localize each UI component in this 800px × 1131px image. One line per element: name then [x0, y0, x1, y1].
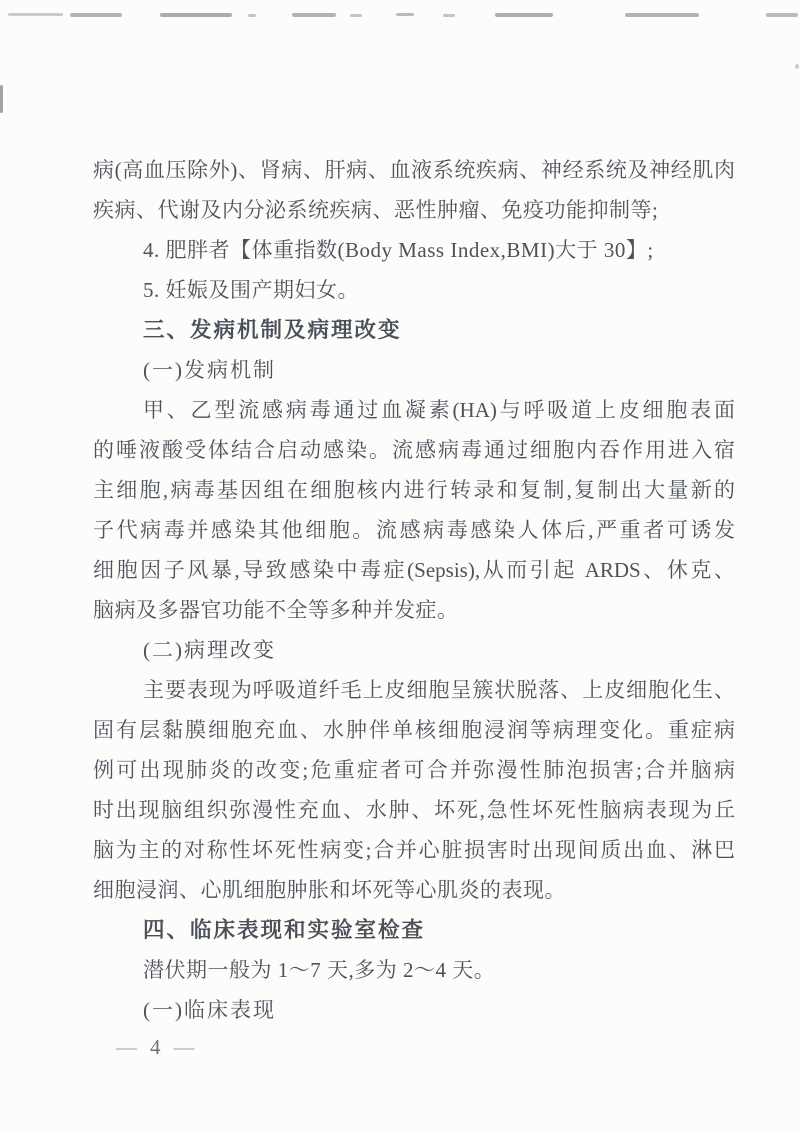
document-page: 病(高血压除外)、肾病、肝病、血液系统疾病、神经系统及神经肌肉疾病、代谢及内分泌…	[0, 0, 800, 1131]
subsection-heading: (一)发病机制	[93, 350, 735, 390]
scan-artifact	[292, 13, 336, 17]
text-line: 潜伏期一般为 1～7 天,多为 2～4 天。	[93, 950, 735, 990]
document-body: 病(高血压除外)、肾病、肝病、血液系统疾病、神经系统及神经肌肉疾病、代谢及内分泌…	[93, 150, 735, 1030]
section-heading: 三、发病机制及病理改变	[93, 310, 735, 350]
text-line: 甲、乙型流感病毒通过血凝素(HA)与呼吸道上皮细胞表面	[93, 390, 735, 430]
text-line: 4. 肥胖者【体重指数(Body Mass Index,BMI)大于 30】;	[93, 230, 735, 270]
text-line: 主要表现为呼吸道纤毛上皮细胞呈簇状脱落、上皮细胞化生、	[93, 670, 735, 710]
subsection-heading: (一)临床表现	[93, 990, 735, 1030]
subsection-heading: (二)病理改变	[93, 630, 735, 670]
text-line: 例可出现肺炎的改变;危重症者可合并弥漫性肺泡损害;合并脑病	[93, 750, 735, 790]
text-line: 疾病、代谢及内分泌系统疾病、恶性肿瘤、免疫功能抑制等;	[93, 190, 735, 230]
footer-dash-right: —	[174, 1035, 195, 1060]
scan-artifact	[443, 14, 455, 17]
text-line: 5. 妊娠及围产期妇女。	[93, 270, 735, 310]
text-line: 固有层黏膜细胞充血、水肿伴单核细胞浸润等病理变化。重症病	[93, 710, 735, 750]
text-line: 细胞浸润、心肌细胞肿胀和坏死等心肌炎的表现。	[93, 870, 735, 910]
page-number-footer: — 4 —	[116, 1032, 195, 1062]
text-line: 主细胞,病毒基因组在细胞核内进行转录和复制,复制出大量新的	[93, 470, 735, 510]
text-line: 时出现脑组织弥漫性充血、水肿、坏死,急性坏死性脑病表现为丘	[93, 790, 735, 830]
scan-artifact	[248, 14, 256, 17]
scan-artifact	[396, 13, 414, 16]
footer-page-number: 4	[150, 1035, 161, 1060]
text-line: 细胞因子风暴,导致感染中毒症(Sepsis),从而引起 ARDS、休克、	[93, 550, 735, 590]
scan-artifact	[625, 13, 699, 17]
section-heading: 四、临床表现和实验室检查	[93, 910, 735, 950]
text-line: 脑为主的对称性坏死性病变;合并心脏损害时出现间质出血、淋巴	[93, 830, 735, 870]
text-line: 子代病毒并感染其他细胞。流感病毒感染人体后,严重者可诱发	[93, 510, 735, 550]
scan-artifact	[8, 13, 63, 16]
text-line: 病(高血压除外)、肾病、肝病、血液系统疾病、神经系统及神经肌肉	[93, 150, 735, 190]
scan-artifact	[70, 13, 122, 17]
text-line: 脑病及多器官功能不全等多种并发症。	[93, 590, 735, 630]
footer-dash-left: —	[116, 1035, 137, 1060]
scan-artifact	[160, 13, 232, 17]
scan-artifact	[766, 13, 798, 17]
scan-artifact	[495, 13, 553, 17]
scan-artifact	[0, 85, 3, 113]
scan-artifact	[350, 14, 362, 17]
scan-artifact	[795, 64, 799, 69]
text-line: 的唾液酸受体结合启动感染。流感病毒通过细胞内吞作用进入宿	[93, 430, 735, 470]
